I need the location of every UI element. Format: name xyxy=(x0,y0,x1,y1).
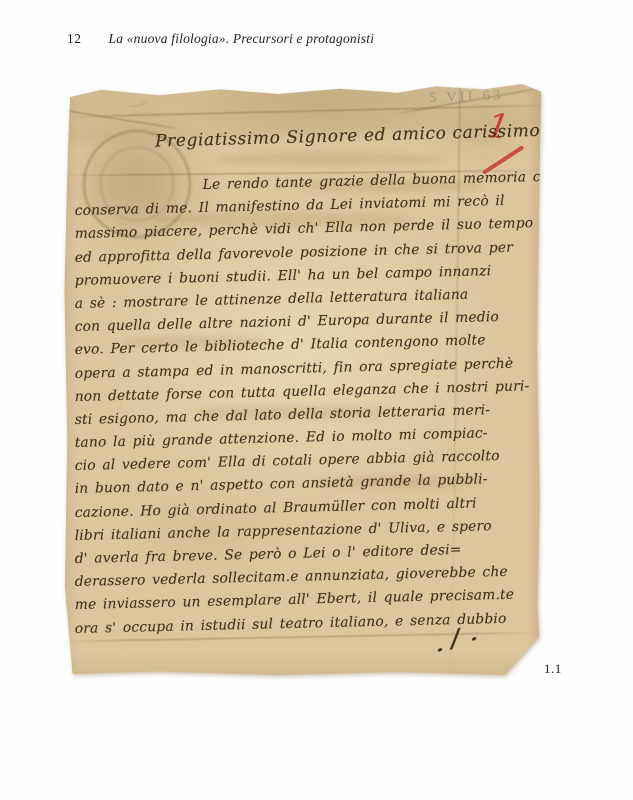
figure-caption: 1.1 xyxy=(544,661,562,677)
page-number: 12 xyxy=(67,31,82,47)
letter-photo: 5 VII 63 1 Pregiatissimo Signore ed amic… xyxy=(63,84,541,675)
letter-body: Le rendo tante grazie della buona memori… xyxy=(75,180,537,644)
pencil-scribble xyxy=(126,93,150,109)
pencil-date: 5 VII 63 xyxy=(429,88,504,108)
fold-crease xyxy=(54,108,183,130)
page-header: 12 La «nuova filologia». Precursori e pr… xyxy=(67,31,593,47)
letter-paper: 5 VII 63 1 Pregiatissimo Signore ed amic… xyxy=(63,84,541,675)
running-title: La «nuova filologia». Precursori e prota… xyxy=(109,31,375,47)
ink-showthrough-smudge xyxy=(213,152,443,166)
